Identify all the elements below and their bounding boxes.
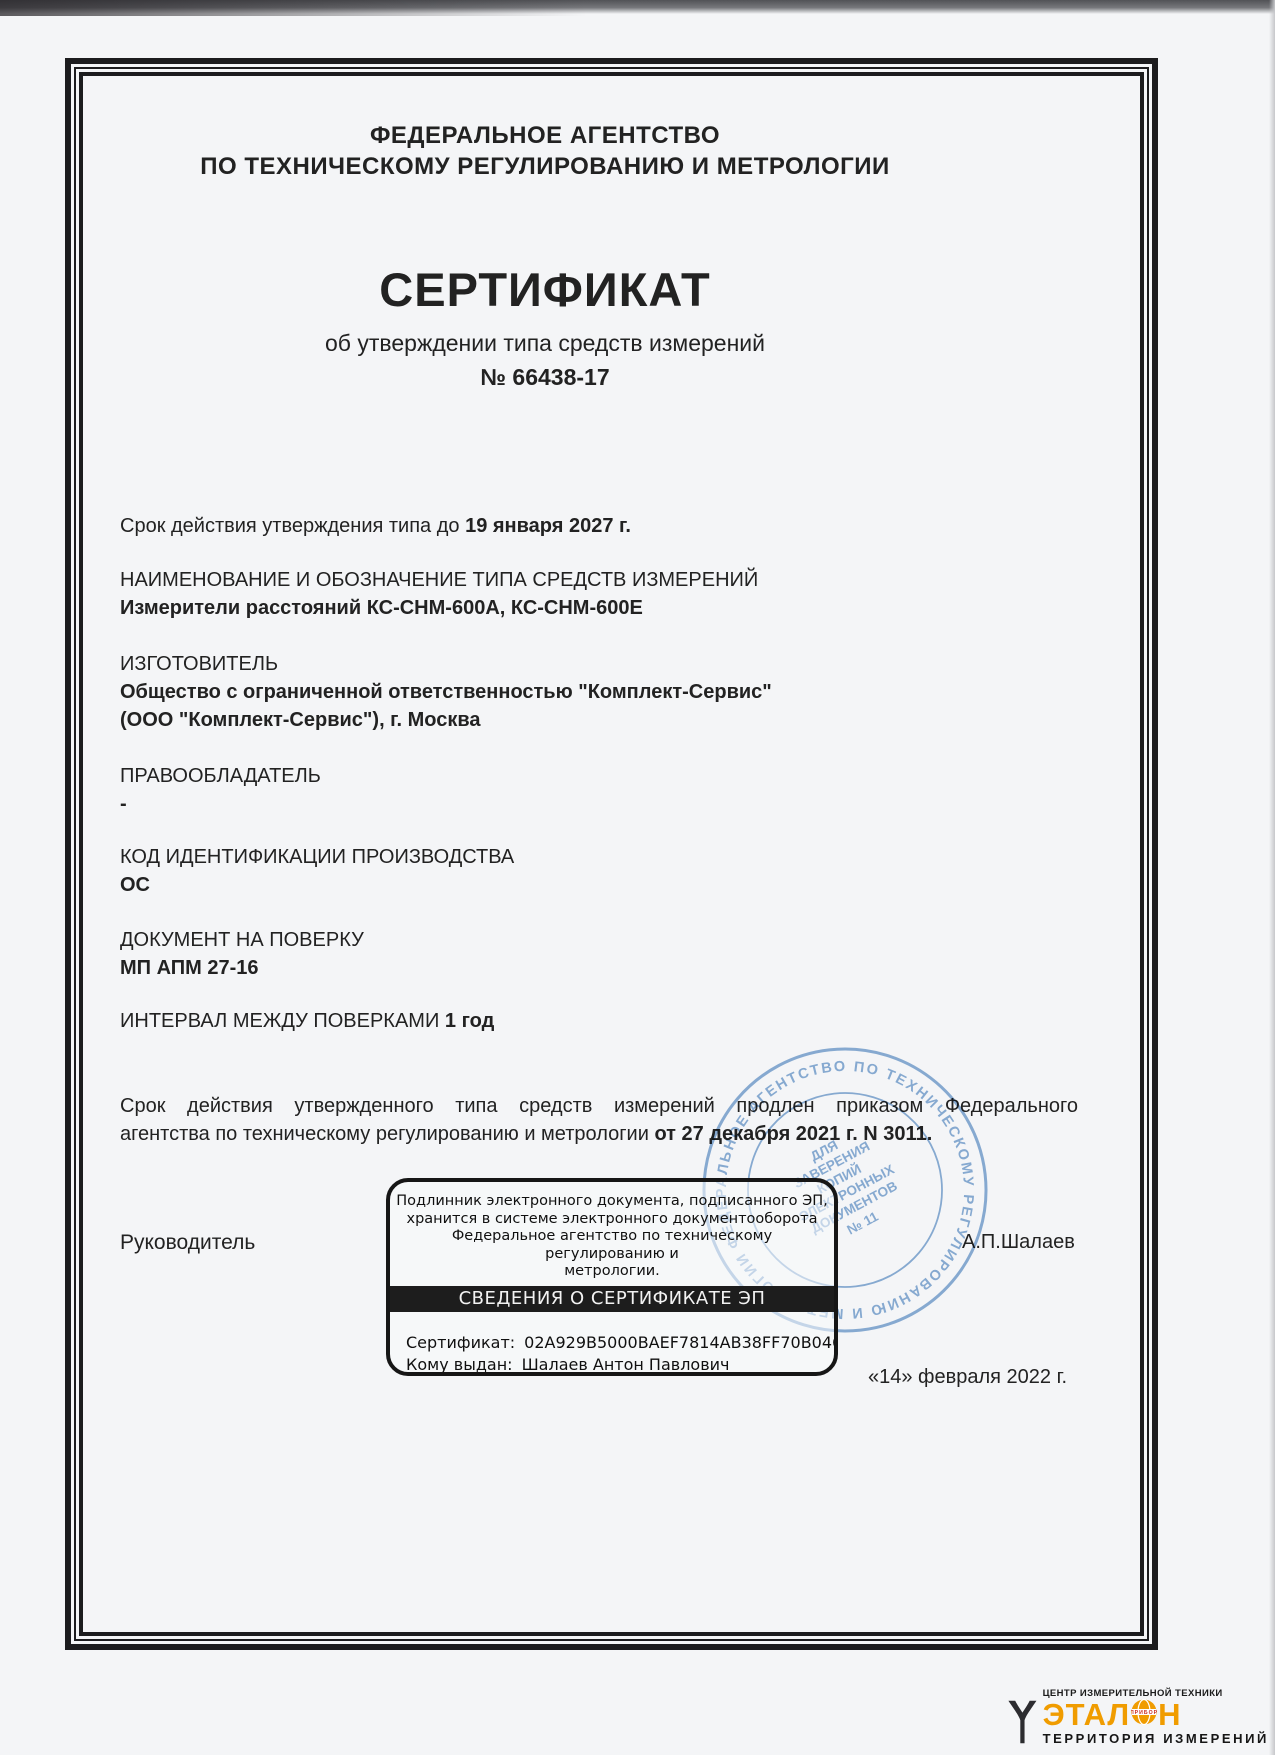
logo-brand-part2: Н (1158, 1700, 1181, 1730)
validity-value: 19 января 2027 г. (465, 515, 631, 537)
esign-line3: Федеральное агентство по техническому ре… (390, 1228, 834, 1263)
type-name-label: НАИМЕНОВАНИЕ И ОБОЗНАЧЕНИЕ ТИПА СРЕДСТВ … (120, 566, 1078, 594)
logo-bottom-text: ТЕРРИТОРИЯ ИЗМЕРЕНИЙ (1043, 1731, 1269, 1746)
esign-line2: хранится в системе электронного документ… (390, 1211, 834, 1229)
tuning-fork-icon (1005, 1698, 1039, 1746)
validity-label: Срок действия утверждения типа до (120, 515, 465, 537)
manufacturer-label: ИЗГОТОВИТЕЛЬ (120, 650, 1078, 678)
esign-issued-label: Кому выдан: (406, 1355, 513, 1374)
agency-line1: ФЕДЕРАЛЬНОЕ АГЕНТСТВО (90, 120, 1000, 151)
interval-value: 1 год (445, 1010, 494, 1032)
interval-label: ИНТЕРВАЛ МЕЖДУ ПОВЕРКАМИ (120, 1010, 445, 1032)
globe-text: ПРИБОР (1131, 1710, 1157, 1716)
extension-line2-regular: агентства по техническому регулированию … (120, 1123, 654, 1145)
type-name-section: НАИМЕНОВАНИЕ И ОБОЗНАЧЕНИЕ ТИПА СРЕДСТВ … (120, 566, 1078, 622)
verification-doc-section: ДОКУМЕНТ НА ПОВЕРКУ МП АПМ 27-16 (120, 926, 1078, 982)
etalon-logo-text: ЦЕНТР ИЗМЕРИТЕЛЬНОЙ ТЕХНИКИ ЭТАЛПРИБОРН … (1043, 1688, 1269, 1746)
interval-section: ИНТЕРВАЛ МЕЖДУ ПОВЕРКАМИ 1 год (120, 1007, 1078, 1035)
agency-name: ФЕДЕРАЛЬНОЕ АГЕНТСТВО ПО ТЕХНИЧЕСКОМУ РЕ… (90, 120, 1000, 182)
rights-holder-section: ПРАВООБЛАДАТЕЛЬ - (120, 762, 1078, 818)
production-code-value: ОС (120, 871, 1078, 899)
verification-doc-label: ДОКУМЕНТ НА ПОВЕРКУ (120, 926, 1078, 954)
scan-top-edge-shadow (0, 0, 587, 16)
rights-holder-value: - (120, 790, 1078, 818)
verification-doc-value: МП АПМ 27-16 (120, 954, 1078, 982)
globe-icon: ПРИБОР (1131, 1699, 1157, 1730)
signature-role: Руководитель (120, 1231, 255, 1255)
esign-line4: метрологии. (390, 1263, 834, 1281)
esign-issued-row: Кому выдан:Шалаев Антон Павлович (406, 1354, 834, 1376)
certificate-page: ФЕДЕРАЛЬНОЕ АГЕНТСТВО ПО ТЕХНИЧЕСКОМУ РЕ… (0, 0, 1275, 1755)
esign-header-text: Подлинник электронного документа, подпис… (390, 1193, 834, 1281)
scan-right-edge (1269, 0, 1275, 1755)
manufacturer-value-line2: (ООО "Комплект-Сервис"), г. Москва (120, 706, 1078, 734)
signature-name: А.П.Шалаев (962, 1231, 1075, 1254)
production-code-label: КОД ИДЕНТИФИКАЦИИ ПРОИЗВОДСТВА (120, 843, 1078, 871)
esign-issued-value: Шалаев Антон Павлович (522, 1355, 730, 1374)
document-number: № 66438-17 (90, 364, 1000, 391)
esign-bar-title: СВЕДЕНИЯ О СЕРТИФИКАТЕ ЭП (390, 1286, 834, 1312)
logo-brand-part1: ЭТАЛ (1043, 1700, 1131, 1730)
esign-cert-label: Сертификат: (406, 1333, 515, 1352)
type-name-value: Измерители расстояний КС-СНМ-600А, КС-СН… (120, 594, 1078, 622)
validity-section: Срок действия утверждения типа до 19 янв… (120, 512, 1078, 540)
esign-cert-row: Сертификат:02A929B5000BAEF7814AB38FF70B0… (406, 1332, 834, 1354)
extension-paragraph: Срок действия утвержденного типа средств… (120, 1092, 1078, 1148)
manufacturer-value-line1: Общество с ограниченной ответственностью… (120, 678, 1078, 706)
esign-line1: Подлинник электронного документа, подпис… (390, 1193, 834, 1211)
agency-line2: ПО ТЕХНИЧЕСКОМУ РЕГУЛИРОВАНИЮ И МЕТРОЛОГ… (90, 151, 1000, 182)
rights-holder-label: ПРАВООБЛАДАТЕЛЬ (120, 762, 1078, 790)
production-code-section: КОД ИДЕНТИФИКАЦИИ ПРОИЗВОДСТВА ОС (120, 843, 1078, 899)
document-subtitle: об утверждении типа средств измерений (90, 330, 1000, 357)
signature-date: «14» февраля 2022 г. (868, 1366, 1067, 1389)
esign-cert-value: 02A929B5000BAEF7814AB38FF70B046437 (524, 1333, 838, 1352)
esign-details: Сертификат:02A929B5000BAEF7814AB38FF70B0… (406, 1332, 834, 1377)
manufacturer-section: ИЗГОТОВИТЕЛЬ Общество с ограниченной отв… (120, 650, 1078, 734)
esign-valid-row: Действителен:с 27.12.2021 до 27.12.2022 (406, 1376, 834, 1377)
extension-line2-bold: от 27 декабря 2021 г. N 3011. (654, 1123, 932, 1145)
esign-box: Подлинник электронного документа, подпис… (386, 1178, 838, 1376)
extension-line2: агентства по техническому регулированию … (120, 1120, 1078, 1148)
etalon-logo: ЦЕНТР ИЗМЕРИТЕЛЬНОЙ ТЕХНИКИ ЭТАЛПРИБОРН … (1005, 1688, 1269, 1746)
logo-brand: ЭТАЛПРИБОРН (1043, 1699, 1182, 1730)
document-title: СЕРТИФИКАТ (90, 262, 1000, 317)
extension-line1: Срок действия утвержденного типа средств… (120, 1092, 1078, 1120)
